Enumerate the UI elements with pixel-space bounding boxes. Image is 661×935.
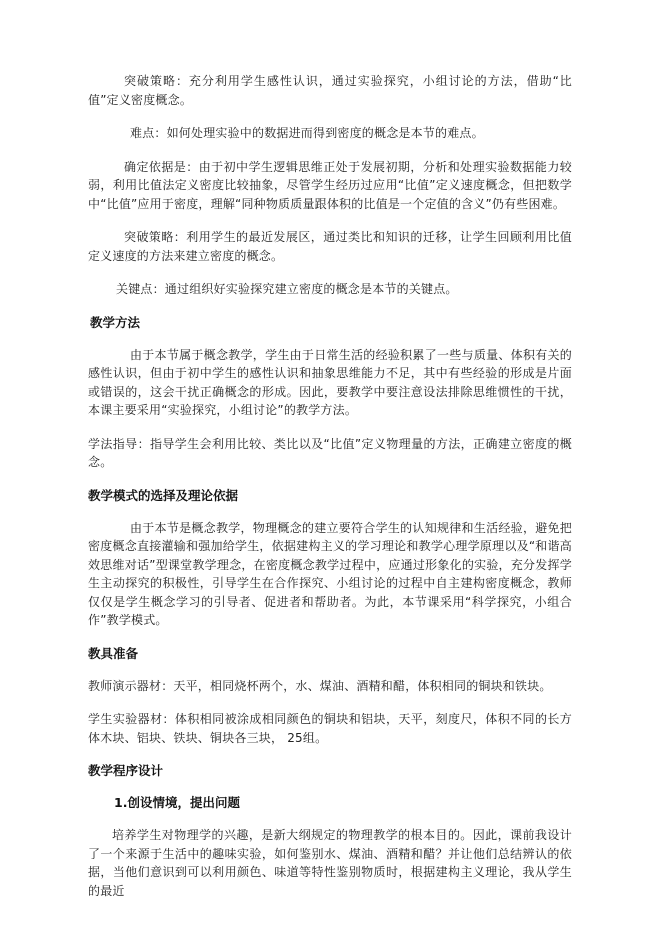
document-page: 突破策略：充分利用学生感性认识，通过实验探究，小组讨论的方法，借助“比值”定义密… (88, 72, 572, 900)
heading-teaching-method: 教学方法 (88, 314, 572, 332)
step-1-paragraph: 培养学生对物理学的兴趣，是新大纲规定的物理教学的根本目的。因此，课前我设计了一个… (88, 826, 572, 900)
teaching-method-paragraph: 由于本节属于概念教学，学生由于日常生活的经验积累了一些与质量、体积有关的感性认识… (88, 346, 572, 420)
breakthrough-strategy-1: 突破策略：充分利用学生感性认识，通过实验探究，小组讨论的方法，借助“比值”定义密… (88, 72, 572, 109)
teaching-mode-paragraph: 由于本节是概念教学，物理概念的建立要符合学生的认知规律和生活经验，避免把密度概念… (88, 519, 572, 630)
rationale-paragraph: 确定依据是：由于初中学生逻辑思维正处于发展初期，分析和处理实验数据能力较弱，利用… (88, 158, 572, 214)
teacher-demo-equipment: 教师演示器材：天平，相同烧杯两个，水、煤油、酒精和醋，体积相同的铜块和铁块。 (88, 677, 572, 696)
difficulty-point: 难点：如何处理实验中的数据进而得到密度的概念是本节的难点。 (88, 124, 572, 143)
heading-teaching-procedure: 教学程序设计 (88, 762, 572, 780)
breakthrough-strategy-2: 突破策略：利用学生的最近发展区，通过类比和知识的迁移，让学生回顾利用比值定义速度… (88, 228, 572, 265)
student-lab-equipment: 学生实验器材：体积相同被涂成相同颜色的铜块和铝块，天平，刻度尺，体积不同的长方体… (88, 710, 572, 747)
heading-teaching-tools: 教具准备 (88, 645, 572, 663)
learning-guidance: 学法指导：指导学生会利用比较、类比以及“比值”定义物理量的方法，正确建立密度的概… (88, 435, 572, 472)
heading-step-1: 1.创设情境，提出问题 (88, 794, 572, 812)
heading-teaching-mode: 教学模式的选择及理论依据 (88, 487, 572, 505)
key-point: 关键点：通过组织好实验探究建立密度的概念是本节的关键点。 (88, 280, 572, 299)
